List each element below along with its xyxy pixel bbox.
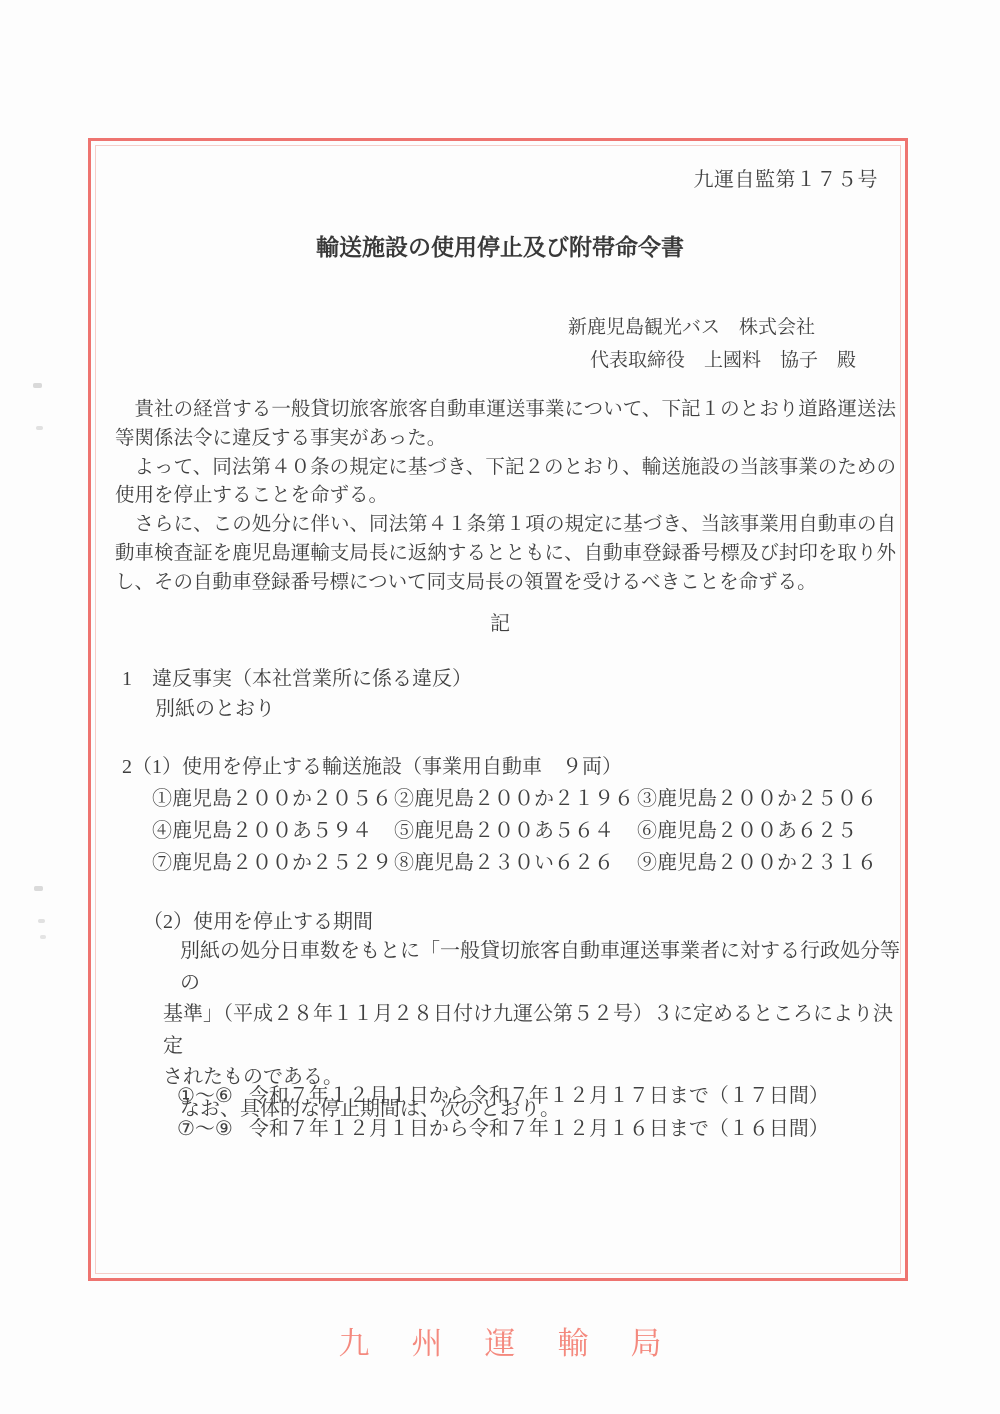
vehicle-plate-list: ①鹿児島２００か２０５６ ②鹿児島２００か２１９６ ③鹿児島２００か２５０６ ④… <box>152 783 877 879</box>
vehicle-plate: ⑤鹿児島２００あ５６４ <box>394 815 637 847</box>
scan-artifact <box>40 935 46 939</box>
body-paragraph-1: 貴社の経営する一般貸切旅客旅客自動車運送事業について、下記１のとおり道路運送法等… <box>115 396 896 454</box>
document-title: 輸送施設の使用停止及び附帯命令書 <box>0 229 1000 262</box>
vehicle-range: ①～⑥ <box>177 1085 233 1107</box>
vehicle-plate: ⑦鹿児島２００か２５２９ <box>152 847 394 879</box>
vehicle-range: ⑦～⑨ <box>177 1118 233 1140</box>
record-label: 記 <box>0 607 1000 636</box>
scan-artifact <box>38 919 45 923</box>
addressee-company: 新鹿児島観光バス 株式会社 <box>568 311 856 344</box>
document-number: 九運自監第１７５号 <box>694 163 879 192</box>
addressee-representative: 代表取締役 上國料 協子 殿 <box>568 344 856 377</box>
document-page: 九運自監第１７５号 輸送施設の使用停止及び附帯命令書 新鹿児島観光バス 株式会社… <box>0 0 1000 1414</box>
body-paragraph-3: さらに、この処分に伴い、同法第４１条第１項の規定に基づき、当該事業用自動車の自動… <box>115 511 896 597</box>
section2-heading: 2（1）使用を停止する輸送施設（事業用自動車 ９両） <box>122 750 622 779</box>
period-description-line: 別紙の処分日車数をもとに「一般貸切旅客自動車運送事業者に対する行政処分等の <box>145 936 905 999</box>
issuer-name: 九州運輸局 <box>0 1318 1000 1363</box>
vehicle-plate: ⑧鹿児島２３０い６２６ <box>394 847 637 879</box>
scan-artifact <box>36 426 43 430</box>
suspension-period-item: ①～⑥令和７年１２月１日から令和７年１２月１７日まで（１７日間） <box>177 1080 829 1113</box>
vehicle-plate: ①鹿児島２００か２０５６ <box>152 783 394 815</box>
suspension-period-list: ①～⑥令和７年１２月１日から令和７年１２月１７日まで（１７日間） ⑦～⑨令和７年… <box>177 1080 829 1145</box>
vehicle-plate: ②鹿児島２００か２１９６ <box>394 783 637 815</box>
body-paragraphs: 貴社の経営する一般貸切旅客旅客自動車運送事業について、下記１のとおり道路運送法等… <box>115 396 896 598</box>
scan-artifact <box>34 886 43 891</box>
period-text: 令和７年１２月１日から令和７年１２月１７日まで（１７日間） <box>249 1085 829 1107</box>
section1-heading: 1 違反事実（本社営業所に係る違反） <box>122 662 472 691</box>
section1-detail: 別紙のとおり <box>155 692 275 721</box>
period-description-line: 基準」（平成２８年１１月２８日付け九運公第５２号）３に定めるところにより決定 <box>145 999 905 1062</box>
body-paragraph-2: よって、同法第４０条の規定に基づき、下記２のとおり、輸送施設の当該事業のための使… <box>115 454 896 512</box>
suspension-period-item: ⑦～⑨令和７年１２月１日から令和７年１２月１６日まで（１６日間） <box>177 1113 829 1146</box>
vehicle-plate: ⑥鹿児島２００あ６２５ <box>637 815 877 847</box>
period-text: 令和７年１２月１日から令和７年１２月１６日まで（１６日間） <box>249 1118 829 1140</box>
period-section-heading: （2）使用を停止する期間 <box>143 905 373 934</box>
scan-artifact <box>33 383 42 388</box>
vehicle-plate: ③鹿児島２００か２５０６ <box>637 783 877 815</box>
vehicle-plate: ⑨鹿児島２００か２３１６ <box>637 847 877 879</box>
vehicle-plate: ④鹿児島２００あ５９４ <box>152 815 394 847</box>
addressee-block: 新鹿児島観光バス 株式会社 代表取締役 上國料 協子 殿 <box>568 311 856 377</box>
